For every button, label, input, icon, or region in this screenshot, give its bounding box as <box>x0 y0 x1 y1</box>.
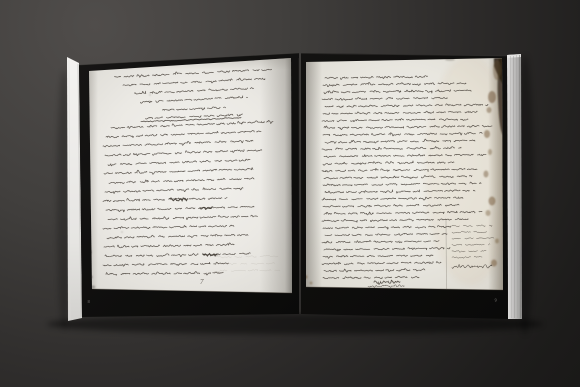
right-fore-edge-pages <box>507 54 522 319</box>
right-manuscript-photo <box>303 54 516 294</box>
left-manuscript-folio-number: 7 <box>200 278 204 286</box>
spine-gutter-highlight <box>299 58 300 312</box>
right-photo-gutter-shading <box>304 54 322 294</box>
left-photo-gutter-shading <box>260 50 294 300</box>
right-photo-crease-line <box>446 219 447 291</box>
book-photo-canvas: 7 <box>0 0 580 387</box>
open-book: 7 <box>67 50 522 321</box>
left-manuscript-photo: 7 <box>86 50 296 300</box>
photo-open-book-scene: 7 <box>0 0 580 387</box>
